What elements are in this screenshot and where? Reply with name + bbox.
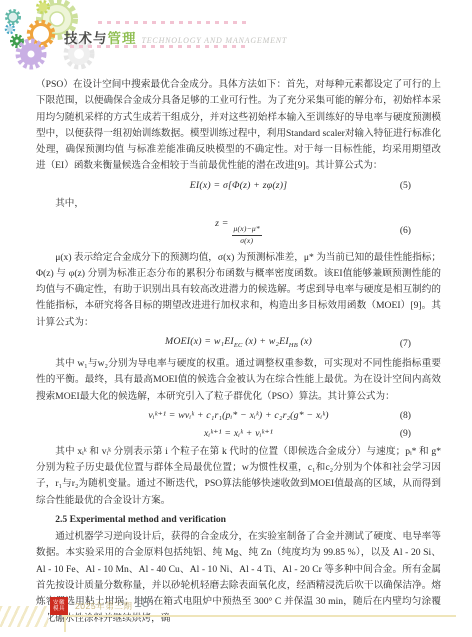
journal-logo: 安徽 模具 [50, 597, 68, 615]
paragraph-experimental: 通过机器学习逆向设计后，获得的合金成分，在实验室制备了合金并测试了硬度、电导率等… [36, 529, 441, 627]
paragraph-pso-particles: 其中 xᵢᵏ 和 vᵢᵏ 分别表示第 i 个粒子在第 k 代时的位置（即候选合金… [36, 444, 441, 509]
paragraph-weights: 其中 w₁与w₂分别为导电率与硬度的权重。通过调整权重参数，可实现对不同性能指标… [36, 356, 441, 405]
among-label: 其中， [36, 196, 441, 212]
equation-9: xᵢᵏ⁺¹ = xᵢᵏ + vᵢᵏ⁺¹ (9) [36, 427, 441, 441]
stripes-decoration [0, 606, 48, 627]
paper-page: { "header": { "title_zh_dark": "技术与", "t… [0, 0, 472, 637]
equation-number: (6) [400, 224, 411, 238]
pink-dash-decoration-bottom [70, 45, 250, 48]
issue-label: 2025年第三期 [75, 600, 133, 612]
equation-5: EI(x) = σ[Φ(z) + zφ(z)] (5) [36, 179, 441, 193]
page-number: 18 [134, 594, 150, 610]
footer-rule-vertical [64, 615, 66, 632]
footer-rule-horizontal [62, 615, 456, 617]
equation-number: (7) [400, 337, 411, 351]
paragraph-pso-method: （PSO）在设计空间中搜索最优合金成分。具体方法如下：首先，对每种元素都设定了可… [36, 77, 441, 175]
equation-number: (5) [400, 179, 411, 193]
article-body: （PSO）在设计空间中搜索最优合金成分。具体方法如下：首先，对每种元素都设定了可… [36, 77, 441, 627]
fraction: μ(x)−μ*σ(x) [232, 225, 262, 245]
equation-8: vᵢᵏ⁺¹ = wvᵢᵏ + c₁r₁(pᵢ* − xᵢᵏ) + c₂r₂(g*… [36, 409, 441, 423]
paragraph-ei-explanation: μ(x) 表示给定合金成分下的预测均值，σ(x) 为预测标准差，μ* 为当前已知… [36, 250, 441, 331]
equation-number: (8) [400, 409, 411, 423]
equation-6: z =μ(x)−μ*σ(x) (6) [36, 217, 441, 246]
pink-dash-decoration-top [98, 21, 250, 24]
column-title-zh: 技术与管理 [64, 31, 137, 46]
equation-7: MOEI(x) = w₁EIEC (x) + w₂EIHB (x) (7) [36, 335, 441, 353]
column-title-en: TECHNOLOGY AND MANAGEMENT [142, 36, 288, 45]
section-heading: 2.5 Experimental method and verification [36, 512, 441, 528]
equation-number: (9) [400, 427, 411, 441]
masthead: 技术与管理TECHNOLOGY AND MANAGEMENT [0, 0, 472, 72]
